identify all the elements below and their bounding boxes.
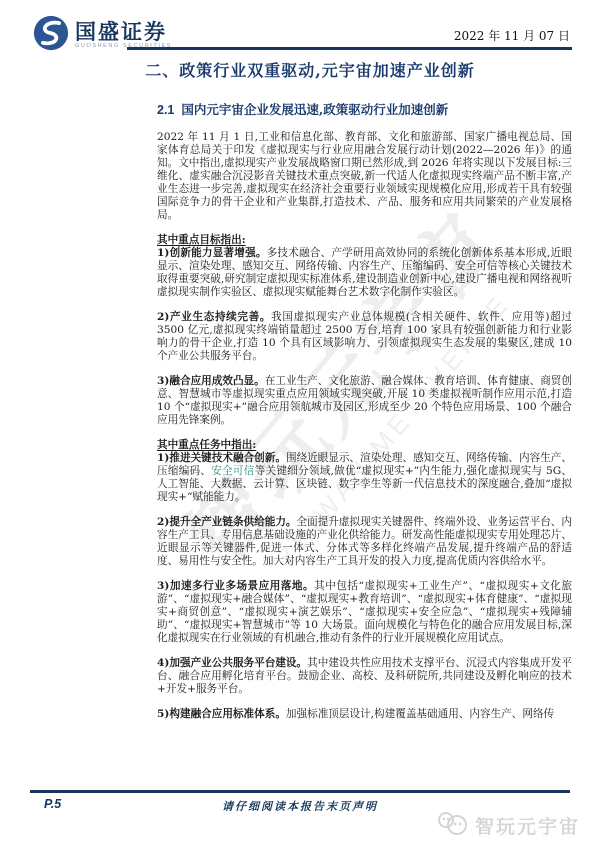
report-page: 智玩元宇宙 ZHIWAN METAVERSE 国盛证券 GUOSHENG SEC… [0, 0, 600, 848]
intro-paragraph: 2022 年 11 月 1 日,工业和信息化部、教育部、文化和旅游部、国家广播电… [157, 131, 572, 222]
report-body: 2.1国内元宇宙企业发展迅速,政策驱动行业加速创新 2022 年 11 月 1 … [157, 100, 572, 733]
task-3-lead: 3)加速多行业多场景应用落地。 [157, 580, 314, 592]
chat-bubbles-watermark-icon [436, 810, 470, 840]
task-item-4: 4)加强产业公共服务平台建设。其中建设共性应用技术支撑平台、沉浸式内容集成开发平… [157, 657, 572, 696]
page-title: 二、政策行业双重驱动,元宇宙加速产业创新 [60, 58, 560, 81]
task-5-text: 加强标准顶层设计,构建覆盖基础通用、内容生产、网络传 [286, 708, 554, 720]
goals-heading: 其中重点目标指出: [157, 234, 572, 247]
report-date: 2022 年 11 月 07 日 [454, 27, 570, 44]
goal-2-lead: 2)产业生态持续完善。 [157, 311, 271, 323]
goal-1-lead: 1)创新能力显著增强。 [157, 247, 267, 259]
task-item-1: 1)推进关键技术融合创新。围绕近眼显示、渲染处理、感知交互、网络传输、内容生产、… [157, 452, 572, 504]
header-rule [127, 47, 572, 50]
footer-disclaimer: 请仔细阅读本报告末页声明 [0, 798, 600, 814]
guosheng-logo-icon [33, 15, 69, 55]
task-item-3: 3)加速多行业多场景应用落地。其中包括“虚拟现实+工业生产”、“虚拟现实+文化旅… [157, 580, 572, 645]
bottom-right-watermark-text: 智玩元宇宙 [475, 812, 580, 839]
task-item-5: 5)构建融合应用标准体系。加强标准顶层设计,构建覆盖基础通用、内容生产、网络传 [157, 708, 572, 721]
section-title: 国内元宇宙企业发展迅速,政策驱动行业加速创新 [181, 102, 448, 117]
section-heading: 2.1国内元宇宙企业发展迅速,政策驱动行业加速创新 [157, 100, 572, 118]
section-number: 2.1 [157, 103, 174, 117]
goal-3-lead: 3)融合应用成效凸显。 [157, 375, 265, 387]
tasks-heading: 其中重点任务中指出: [157, 439, 572, 452]
task-1-highlight: 安全可信 [211, 465, 254, 477]
task-1-lead: 1)推进关键技术融合创新。 [157, 452, 286, 464]
task-5-lead: 5)构建融合应用标准体系。 [157, 708, 286, 720]
goal-item-1: 1)创新能力显著增强。多技术融合、产学研用高效协同的系统化创新体系基本形成,近眼… [157, 247, 572, 299]
brand-name: 国盛证券 [75, 21, 172, 42]
task-2-lead: 2)提升全产业链条供给能力。 [157, 516, 297, 528]
bottom-right-watermark: 智玩元宇宙 [436, 810, 580, 840]
task-4-lead: 4)加强产业公共服务平台建设。 [157, 657, 307, 669]
goal-item-3: 3)融合应用成效凸显。在工业生产、文化旅游、融合媒体、教育培训、体育健康、商贸创… [157, 375, 572, 427]
goal-item-2: 2)产业生态持续完善。我国虚拟现实产业总体规模(含相关硬件、软件、应用等)超过 … [157, 311, 572, 363]
footer-rule [30, 790, 570, 793]
task-item-2: 2)提升全产业链条供给能力。全面提升虚拟现实关键器件、终端外设、业务运营平台、内… [157, 516, 572, 568]
